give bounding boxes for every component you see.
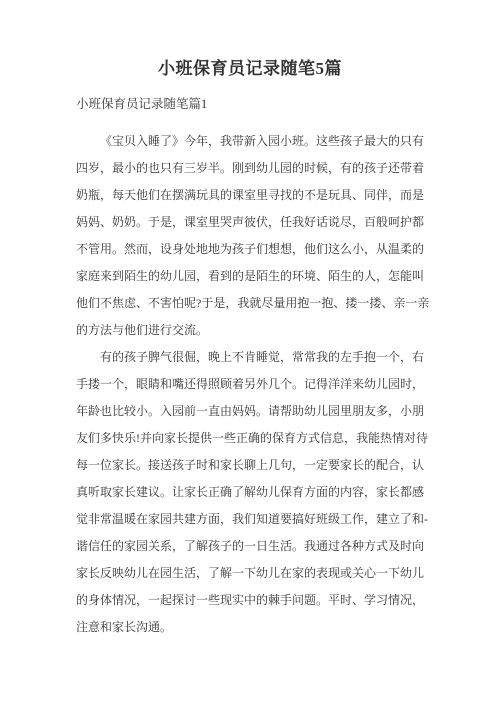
text-line: 谐信任的家园关系，了解孩子的一日生活。我通过各种方式及时向 (76, 533, 424, 560)
text-line: 他们不焦虑、不害怕呢?于是，我就尽量用抱一抱、搂一搂、亲一亲 (76, 290, 424, 317)
text-line: 年龄也比较小。入园前一直由妈妈。请帮助幼儿园里朋友多，小朋 (76, 398, 424, 425)
text-line: 妈妈、奶奶。于是，课室里哭声彼伏，任我好话说尽，百般呵护都 (76, 209, 424, 236)
text-line: 家庭来到陌生的幼儿园，看到的是陌生的环境、陌生的人，怎能叫 (76, 263, 424, 290)
text-line: 《宝贝入睡了》今年，我带新入园小班。这些孩子最大的只有 (76, 128, 424, 155)
paragraph-2: 有的孩子脾气很倔，晚上不肯睡觉，常常我的左手抱一个，右手搂一个，眼睛和嘴还得照顾… (76, 344, 424, 641)
document-subtitle: 小班保育员记录随笔篇1 (76, 95, 424, 113)
text-line: 奶瓶，每天他们在摆满玩具的课室里寻找的不是玩具、同伴，而是 (76, 182, 424, 209)
text-line: 手搂一个，眼睛和嘴还得照顾着另外几个。记得洋洋来幼儿园时， (76, 371, 424, 398)
paragraph-1: 《宝贝入睡了》今年，我带新入园小班。这些孩子最大的只有四岁，最小的也只有三岁半。… (76, 128, 424, 344)
document-title: 小班保育员记录随笔5篇 (76, 57, 424, 81)
text-line: 注意和家长沟通。 (76, 614, 424, 641)
text-line: 不管用。然而，设身处地地为孩子们想想，他们这么小，从温柔的 (76, 236, 424, 263)
text-line: 四岁，最小的也只有三岁半。刚到幼儿园的时候，有的孩子还带着 (76, 155, 424, 182)
text-line: 友们多快乐!并向家长提供一些正确的保育方式信息，我能热情对待 (76, 425, 424, 452)
text-line: 家长反映幼儿在园生活，了解一下幼儿在家的表现或关心一下幼儿 (76, 560, 424, 587)
document-page: 小班保育员记录随笔5篇 小班保育员记录随笔篇1 《宝贝入睡了》今年，我带新入园小… (76, 0, 424, 641)
text-line: 觉非常温暖在家园共建方面，我们知道要搞好班级工作，建立了和- (76, 506, 424, 533)
document-body: 《宝贝入睡了》今年，我带新入园小班。这些孩子最大的只有四岁，最小的也只有三岁半。… (76, 128, 424, 641)
text-line: 每一位家长。接送孩子时和家长聊上几句，一定要家长的配合，认 (76, 452, 424, 479)
text-line: 真听取家长建议。让家长正确了解幼儿保育方面的内容，家长都感 (76, 479, 424, 506)
text-line: 的方法与他们进行交流。 (76, 317, 424, 344)
text-line: 的身体情况，一起探讨一些现实中的棘手问题。平时、学习情况， (76, 587, 424, 614)
text-line: 有的孩子脾气很倔，晚上不肯睡觉，常常我的左手抱一个，右 (76, 344, 424, 371)
